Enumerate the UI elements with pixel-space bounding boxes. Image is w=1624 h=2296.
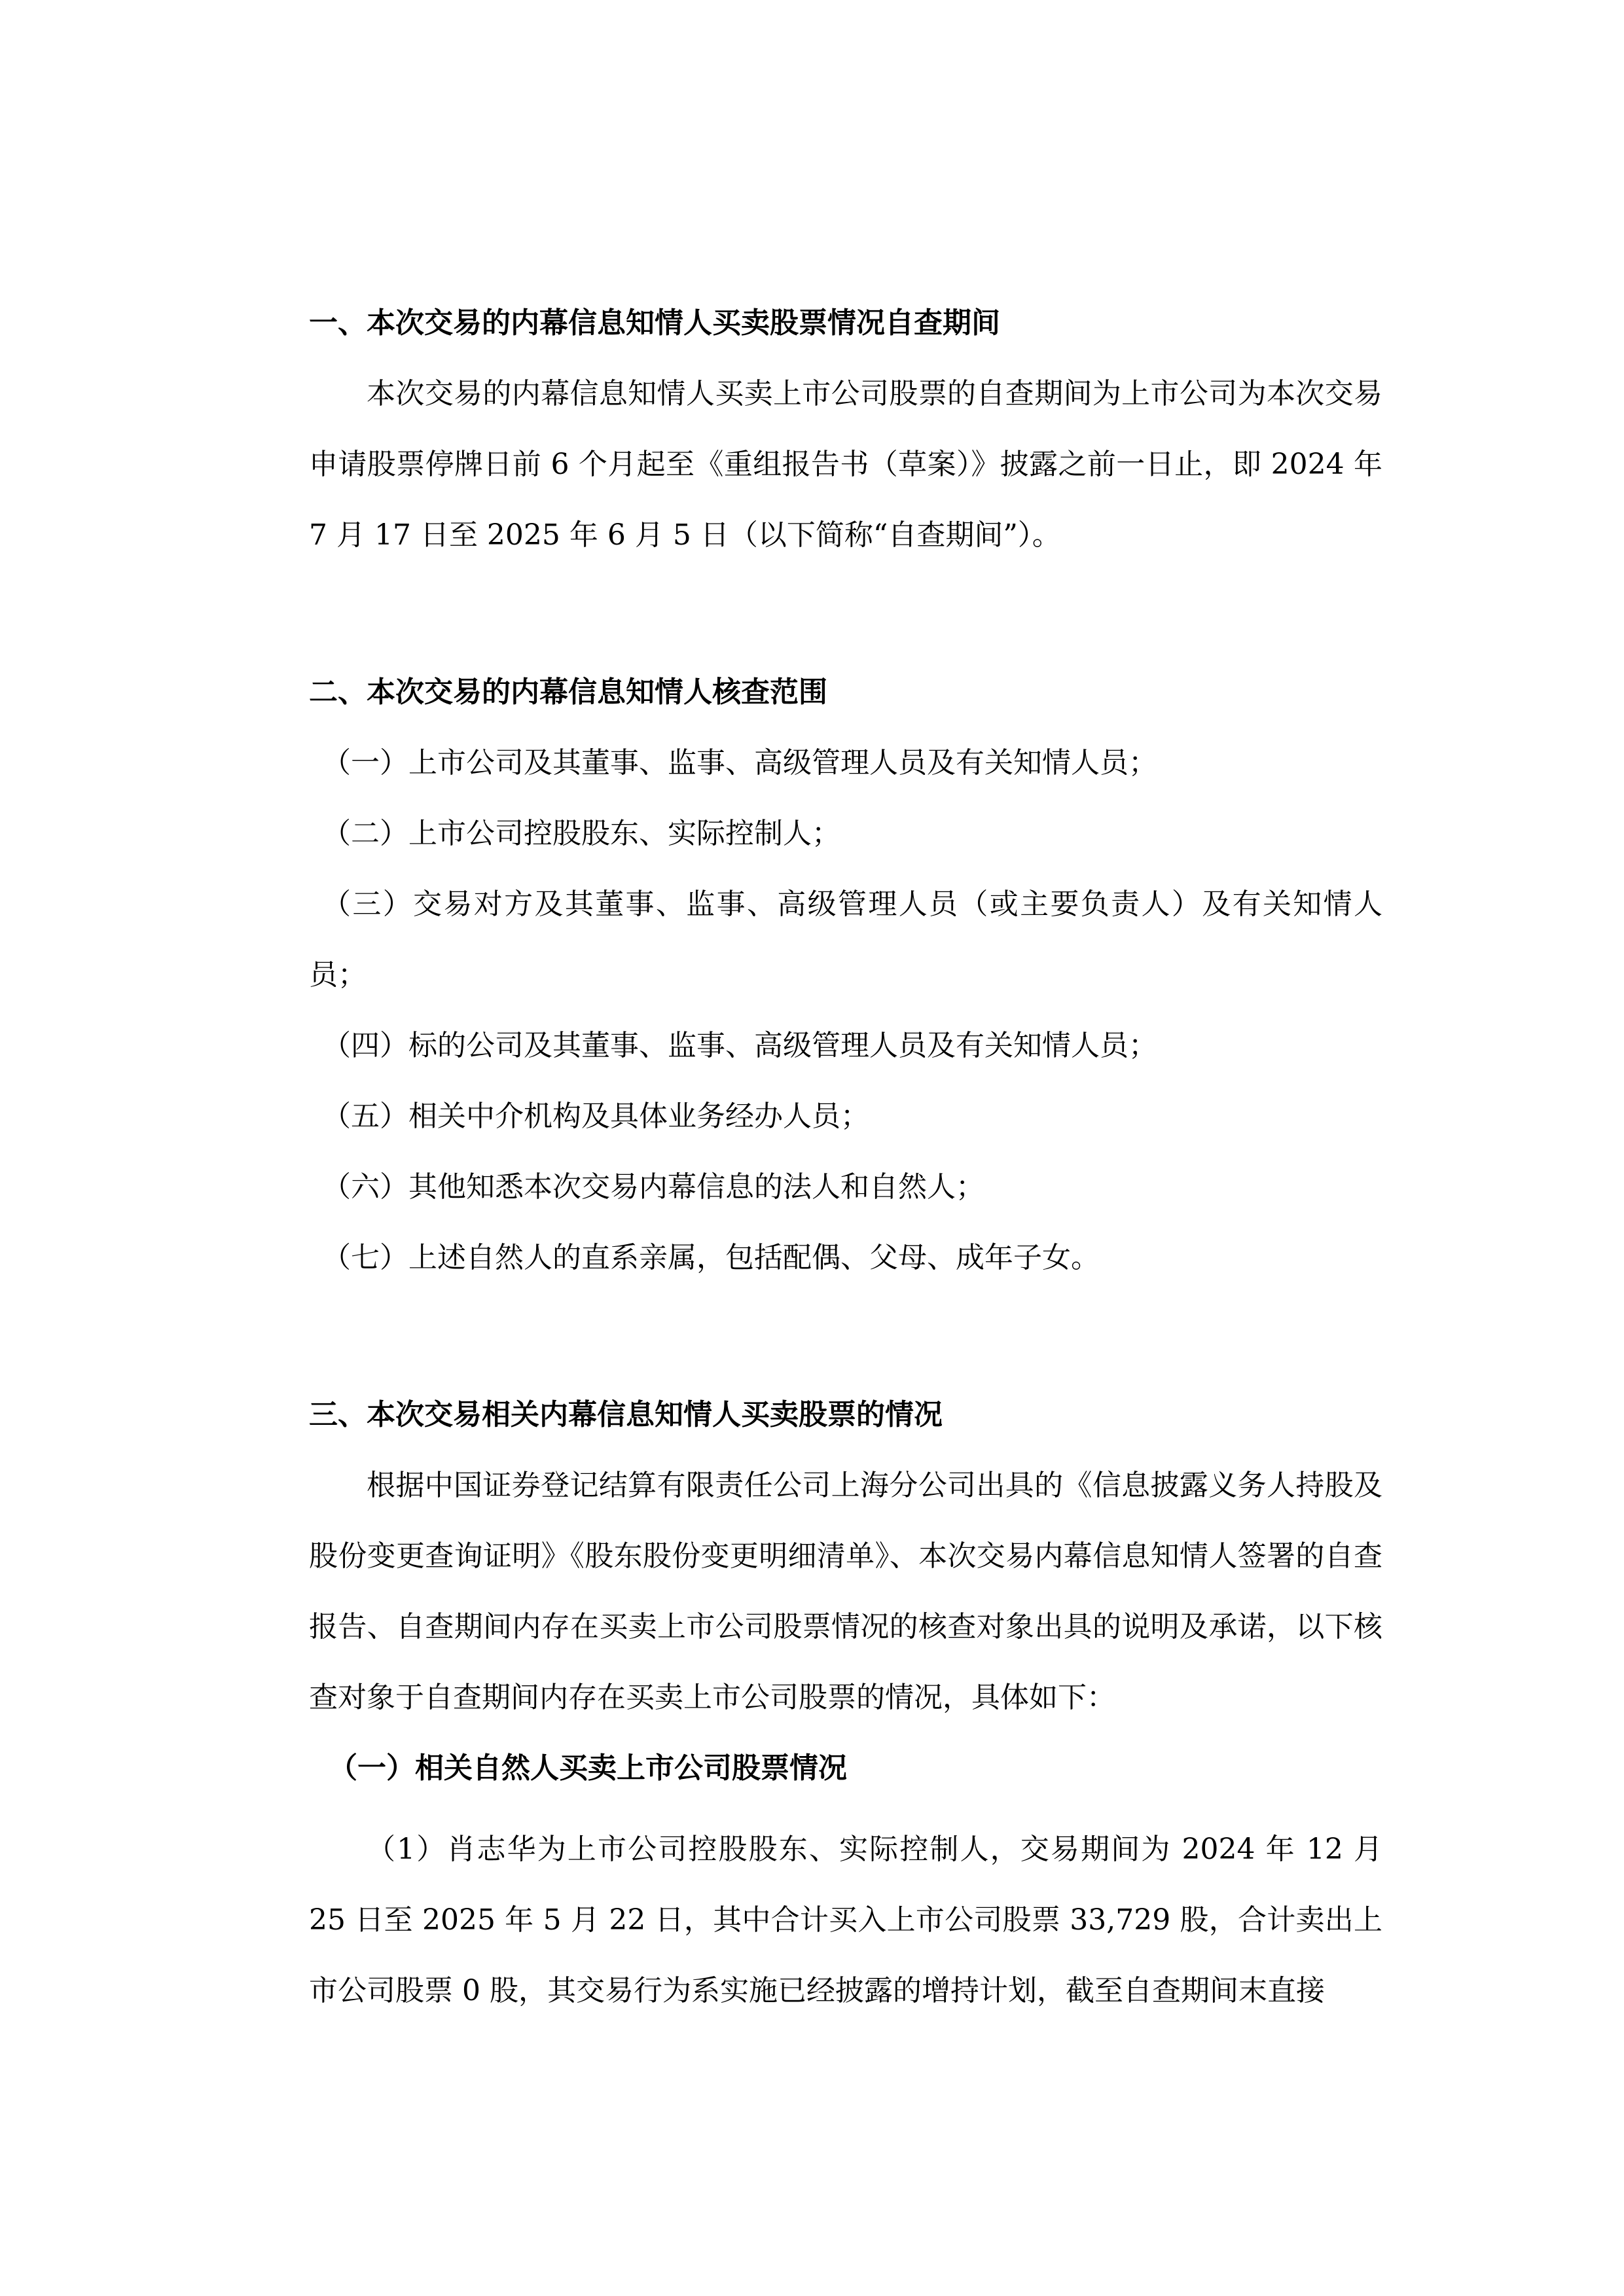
section-check-scope: 二、本次交易的内幕信息知情人核查范围 （一）上市公司及其董事、监事、高级管理人员… (309, 657, 1382, 1293)
section-1-paragraph: 本次交易的内幕信息知情人买卖上市公司股票的自查期间为上市公司为本次交易申请股票停… (309, 359, 1382, 571)
subsection-1-heading: （一）相关自然人买卖上市公司股票情况 (309, 1733, 1382, 1804)
section-1-heading: 一、本次交易的内幕信息知情人买卖股票情况自查期间 (309, 288, 1382, 359)
scope-item-3: （三）交易对方及其董事、监事、高级管理人员（或主要负责人）及有关知情人员； (309, 869, 1382, 1011)
scope-item-7: （七）上述自然人的直系亲属，包括配偶、父母、成年子女。 (309, 1223, 1382, 1293)
section-self-check-period: 一、本次交易的内幕信息知情人买卖股票情况自查期间 本次交易的内幕信息知情人买卖上… (309, 288, 1382, 571)
section-2-heading: 二、本次交易的内幕信息知情人核查范围 (309, 657, 1382, 728)
section-3-heading: 三、本次交易相关内幕信息知情人买卖股票的情况 (309, 1380, 1382, 1450)
subsection-1-paragraph: （1）肖志华为上市公司控股股东、实际控制人，交易期间为 2024 年 12 月 … (309, 1814, 1382, 2026)
scope-item-1: （一）上市公司及其董事、监事、高级管理人员及有关知情人员； (309, 728, 1382, 798)
scope-item-4: （四）标的公司及其董事、监事、高级管理人员及有关知情人员； (309, 1011, 1382, 1081)
section-trading-situation: 三、本次交易相关内幕信息知情人买卖股票的情况 根据中国证券登记结算有限责任公司上… (309, 1380, 1382, 2026)
section-spacer (309, 1293, 1382, 1393)
section-spacer (309, 571, 1382, 670)
section-3-paragraph: 根据中国证券登记结算有限责任公司上海分公司出具的《信息披露义务人持股及股份变更查… (309, 1450, 1382, 1733)
subsection-spacer (309, 1804, 1382, 1814)
scope-item-2: （二）上市公司控股股东、实际控制人； (309, 798, 1382, 869)
scope-item-5: （五）相关中介机构及具体业务经办人员； (309, 1081, 1382, 1152)
scope-item-6: （六）其他知悉本次交易内幕信息的法人和自然人； (309, 1152, 1382, 1223)
document-page: 一、本次交易的内幕信息知情人买卖股票情况自查期间 本次交易的内幕信息知情人买卖上… (309, 288, 1382, 2026)
